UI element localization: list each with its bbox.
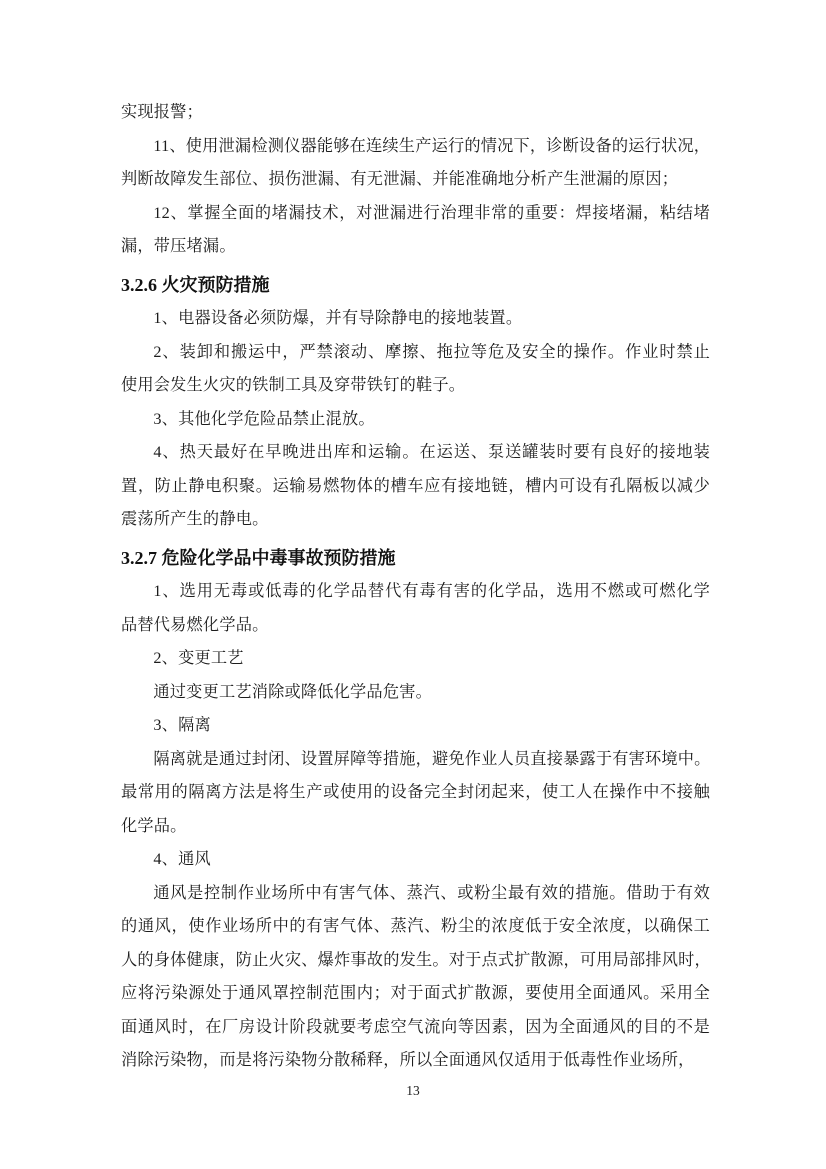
document-content: 实现报警；11、使用泄漏检测仪器能够在连续生产运行的情况下，诊断设备的运行状况，… [121,96,710,1078]
text-line: 品替代易燃化学品。 [121,609,710,643]
text-line: 使用会发生火灾的铁制工具及穿带铁钉的鞋子。 [121,369,710,403]
text-line: 隔离就是通过封闭、设置屏障等措施，避免作业人员直接暴露于有害环境中。 [121,743,710,777]
page-number: 13 [0,1083,826,1099]
text-line: 判断故障发生部位、损伤泄漏、有无泄漏、并能准确地分析产生泄漏的原因； [121,163,710,197]
text-line: 12、掌握全面的堵漏技术，对泄漏进行治理非常的重要：焊接堵漏，粘结堵 [121,197,710,231]
body-paragraph: 3、其他化学危险品禁止混放。 [121,403,710,437]
text-line: 2、变更工艺 [121,642,710,676]
body-paragraph: 4、热天最好在早晚进出库和运输。在运送、泵送罐装时要有良好的接地装置，防止静电积… [121,436,710,537]
body-paragraph: 4、通风 [121,843,710,877]
text-line: 人的身体健康，防止火灾、爆炸事故的发生。对于点式扩散源，可用局部排风时， [121,944,710,978]
text-line: 消除污染物，而是将污染物分散稀释，所以全面通风仅适用于低毒性作业场所， [121,1044,710,1078]
text-line: 震荡所产生的静电。 [121,503,710,537]
text-line: 4、通风 [121,843,710,877]
body-paragraph: 11、使用泄漏检测仪器能够在连续生产运行的情况下，诊断设备的运行状况，判断故障发… [121,130,710,197]
text-line: 通风是控制作业场所中有害气体、蒸汽、或粉尘最有效的措施。借助于有效 [121,877,710,911]
body-paragraph: 通风是控制作业场所中有害气体、蒸汽、或粉尘最有效的措施。借助于有效的通风，使作业… [121,877,710,1078]
text-line: 置，防止静电积聚。运输易燃物体的槽车应有接地链，槽内可设有孔隔板以减少 [121,470,710,504]
text-line: 3、其他化学危险品禁止混放。 [121,403,710,437]
text-line: 11、使用泄漏检测仪器能够在连续生产运行的情况下，诊断设备的运行状况， [121,130,710,164]
body-paragraph: 1、选用无毒或低毒的化学品替代有毒有害的化学品，选用不燃或可燃化学品替代易燃化学… [121,575,710,642]
text-line: 实现报警； [121,96,710,130]
body-paragraph: 隔离就是通过封闭、设置屏障等措施，避免作业人员直接暴露于有害环境中。最常用的隔离… [121,743,710,844]
body-paragraph: 通过变更工艺消除或降低化学品危害。 [121,676,710,710]
body-paragraph: 12、掌握全面的堵漏技术，对泄漏进行治理非常的重要：焊接堵漏，粘结堵漏，带压堵漏… [121,197,710,264]
text-line: 面通风时，在厂房设计阶段就要考虑空气流向等因素，因为全面通风的目的不是 [121,1011,710,1045]
document-page: 实现报警；11、使用泄漏检测仪器能够在连续生产运行的情况下，诊断设备的运行状况，… [0,0,826,1169]
text-line: 的通风，使作业场所中的有害气体、蒸汽、粉尘的浓度低于安全浓度，以确保工 [121,910,710,944]
text-line: 化学品。 [121,810,710,844]
text-line: 4、热天最好在早晚进出库和运输。在运送、泵送罐装时要有良好的接地装 [121,436,710,470]
text-line: 2、装卸和搬运中，严禁滚动、摩擦、拖拉等危及安全的操作。作业时禁止 [121,336,710,370]
text-line: 通过变更工艺消除或降低化学品危害。 [121,676,710,710]
text-line: 最常用的隔离方法是将生产或使用的设备完全封闭起来，使工人在操作中不接触 [121,776,710,810]
text-line: 1、选用无毒或低毒的化学品替代有毒有害的化学品，选用不燃或可燃化学 [121,575,710,609]
body-paragraph: 3、隔离 [121,709,710,743]
text-line: 1、电器设备必须防爆，并有导除静电的接地装置。 [121,302,710,336]
section-heading: 3.2.7 危险化学品中毒事故预防措施 [121,542,710,576]
body-paragraph: 1、电器设备必须防爆，并有导除静电的接地装置。 [121,302,710,336]
text-line: 漏，带压堵漏。 [121,230,710,264]
body-paragraph: 2、装卸和搬运中，严禁滚动、摩擦、拖拉等危及安全的操作。作业时禁止使用会发生火灾… [121,336,710,403]
text-line: 3、隔离 [121,709,710,743]
body-paragraph: 实现报警； [121,96,710,130]
text-line: 应将污染源处于通风罩控制范围内；对于面式扩散源，要使用全面通风。采用全 [121,977,710,1011]
section-heading: 3.2.6 火灾预防措施 [121,269,710,303]
body-paragraph: 2、变更工艺 [121,642,710,676]
